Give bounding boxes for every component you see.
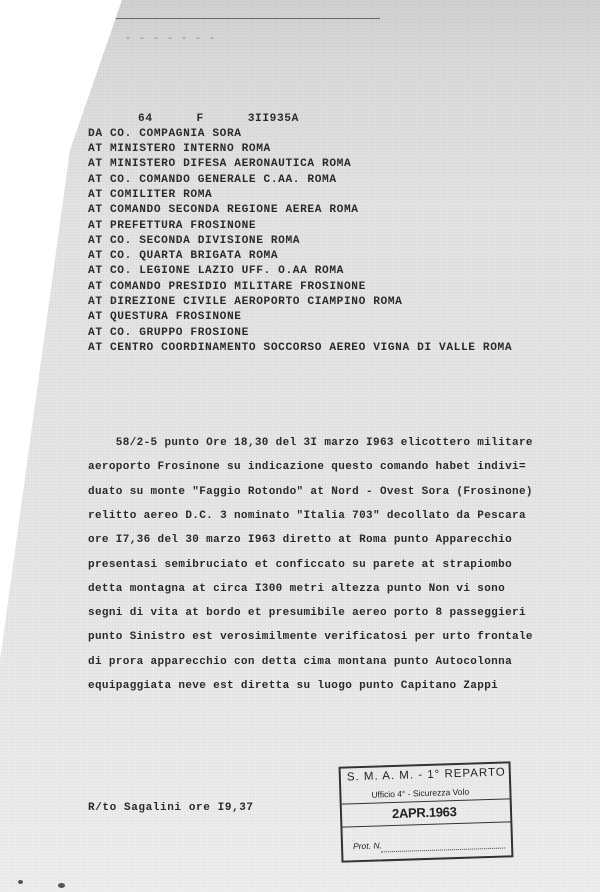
faint-header-text: - - - - - - - [125,34,216,45]
body-line: di prora apparecchio con detta cima mont… [88,656,512,668]
recipient-line: AT QUESTURA FROSINONE [88,311,242,323]
recipient-line: AT COMANDO PRESIDIO MILITARE FROSINONE [88,281,366,293]
recipient-line: AT PREFETTURA FROSINONE [88,220,256,232]
recipient-line: AT CO. QUARTA BRIGATA ROMA [88,250,278,262]
stamp-office: S. M. A. M. - 1° REPARTO [347,766,506,783]
stamp-protocol-field [381,848,505,853]
recipient-line: AT DIREZIONE CIVILE AEROPORTO CIAMPINO R… [88,296,402,308]
smudge-mark [18,880,23,884]
recipient-line: AT COMILITER ROMA [88,189,212,201]
stamp-department: Ufficio 4° - Sicurezza Volo [371,787,469,800]
body-line: relitto aereo D.C. 3 nominato "Italia 70… [88,510,526,522]
recipient-line: AT CO. LEGIONE LAZIO UFF. O.AA ROMA [88,265,344,277]
receipt-stamp: S. M. A. M. - 1° REPARTO Ufficio 4° - Si… [339,761,514,862]
stamp-divider [342,798,510,804]
body-line: segni di vita at bordo et presumibile ae… [88,607,526,619]
stamp-protocol-label: Prot. N. [353,840,382,851]
body-line: 58/2-5 punto Ore 18,30 del 3I marzo I963… [88,437,533,449]
recipient-line: AT MINISTERO INTERNO ROMA [88,143,271,155]
recipient-line: AT MINISTERO DIFESA AERONAUTICA ROMA [88,158,351,170]
body-line: ore I7,36 del 30 marzo I963 diretto at R… [88,534,512,546]
header-rule [100,18,380,25]
recipient-line: AT CO. SECONDA DIVISIONE ROMA [88,235,300,247]
document-page: - - - - - - - 64 F 3II935A DA CO. COMPAG… [0,0,600,892]
reference-line: 64 F 3II935A [138,113,299,125]
recipient-line: AT COMANDO SECONDA REGIONE AEREA ROMA [88,204,359,216]
sender-line: DA CO. COMPAGNIA SORA [88,128,242,140]
recipient-line: AT CO. COMANDO GENERALE C.AA. ROMA [88,174,337,186]
recipient-line: AT CO. GRUPPO FROSIONE [88,327,249,339]
recipient-line: AT CENTRO COORDINAMENTO SOCCORSO AEREO V… [88,342,512,354]
signoff-line: R/to Sagalini ore I9,37 [88,802,254,814]
body-line: punto Sinistro est verosimilmente verifi… [88,631,533,643]
body-line: equipaggiata neve est diretta su luogo p… [88,680,498,692]
body-line: duato su monte "Faggio Rotondo" at Nord … [88,486,533,498]
stamp-divider [342,821,510,827]
stamp-date: 2APR.1963 [392,804,457,821]
body-line: presentasi semibruciato et conficcato su… [88,559,512,571]
smudge-mark [58,883,65,888]
body-line: detta montagna at circa I300 metri altez… [88,583,505,595]
body-line: aeroporto Frosinone su indicazione quest… [88,461,526,473]
